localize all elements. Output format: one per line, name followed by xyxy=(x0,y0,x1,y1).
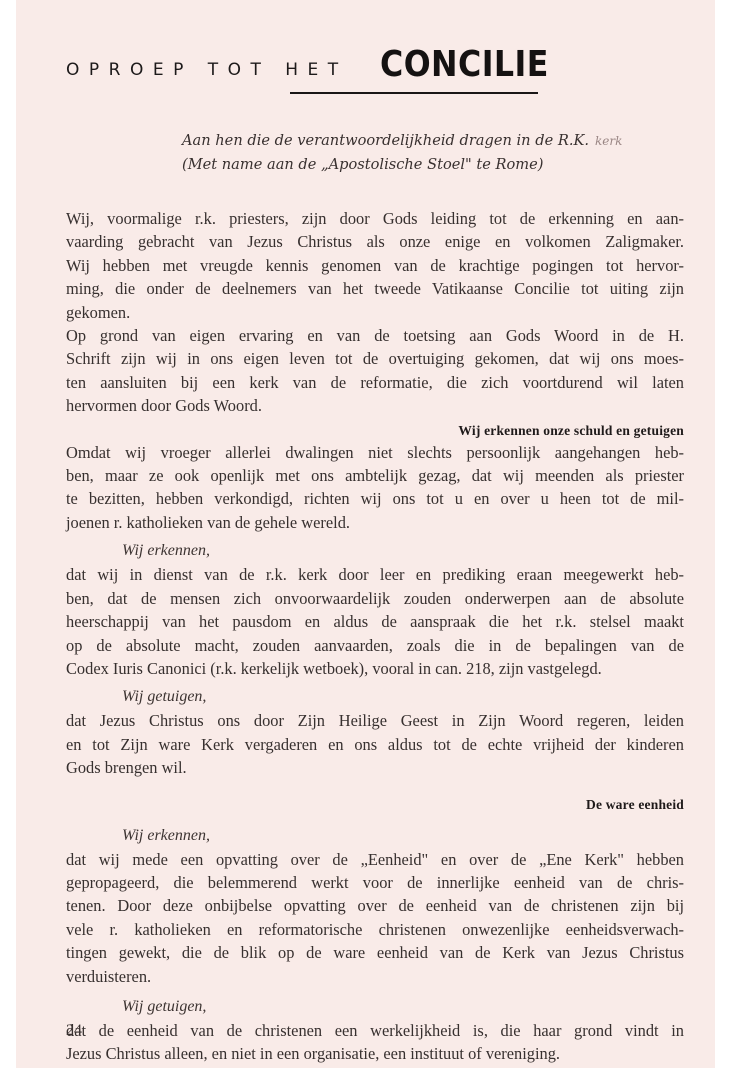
text-line: Schrift zijn wij in ons eigen leven tot … xyxy=(66,347,684,370)
text-line: Wij hebben met vreugde kennis genomen va… xyxy=(66,254,684,277)
address-faint-word: kerk xyxy=(595,134,622,148)
paragraph-5: dat Jezus Christus ons door Zijn Heilige… xyxy=(66,709,684,779)
text-line: gekomen. xyxy=(66,301,684,324)
text-line: hervormen door Gods Woord. xyxy=(66,394,684,417)
text-line: Op grond van eigen ervaring en van de to… xyxy=(66,324,684,347)
paragraph-6: dat wij mede een opvatting over de „Eenh… xyxy=(66,848,684,988)
text-line: ben, dat de mensen zich onvoorwaardelijk… xyxy=(66,587,684,610)
address-line-2: (Met name aan de „Apostolische Stoel" te… xyxy=(182,153,682,176)
text-line: ten aansluiten bij een kerk van de refor… xyxy=(66,371,684,394)
text-line: Gods brengen wil. xyxy=(66,756,684,779)
paragraph-3: Omdat wij vroeger allerlei dwalingen nie… xyxy=(66,441,684,535)
address-block: Aan hen die de verantwoordelijkheid drag… xyxy=(182,129,682,176)
section-heading-schuld: Wij erkennen onze schuld en getuigen xyxy=(66,420,684,441)
subhead-getuigen-1: Wij getuigen, xyxy=(66,684,684,709)
text-line: verduisteren. xyxy=(66,965,684,988)
address-line-1-text: Aan hen die de verantwoordelijkheid drag… xyxy=(182,132,589,149)
text-line: gepropageerd, die belemmerend werkt voor… xyxy=(66,871,684,894)
paragraph-7: dat de eenheid van de christenen een wer… xyxy=(66,1019,684,1066)
text-line: tingen gewekt, die de blik op de ware ee… xyxy=(66,941,684,964)
page-number: 24 xyxy=(66,1022,82,1040)
text-line: op de absolute macht, zouden aanvaarden,… xyxy=(66,634,684,657)
text-line: en tot Zijn ware Kerk vergaderen en ons … xyxy=(66,733,684,756)
text-line: te bezitten, hebben verkondigd, richten … xyxy=(66,487,684,510)
header-light-title: OPROEP TOT HET xyxy=(66,60,348,80)
text-line: ben, maar ze ook openlijk met ons ambtel… xyxy=(66,464,684,487)
text-line: Jezus Christus alleen, en niet in een or… xyxy=(66,1042,684,1065)
text-line: tenen. Door deze onbijbelse opvatting ov… xyxy=(66,894,684,917)
text-line: vele r. katholieken en reformatorische c… xyxy=(66,918,684,941)
text-line: dat wij mede een opvatting over de „Eenh… xyxy=(66,848,684,871)
article-header: OPROEP TOT HET CONCILIE xyxy=(66,40,566,94)
paragraph-1: Wij, voormalige r.k. priesters, zijn doo… xyxy=(66,207,684,324)
text-line: Codex Iuris Canonici (r.k. kerkelijk wet… xyxy=(66,657,684,680)
article-body: Wij, voormalige r.k. priesters, zijn doo… xyxy=(66,207,684,1066)
paragraph-2: Op grond van eigen ervaring en van de to… xyxy=(66,324,684,418)
text-line: dat wij in dienst van de r.k. kerk door … xyxy=(66,563,684,586)
text-line: dat Jezus Christus ons door Zijn Heilige… xyxy=(66,709,684,732)
subhead-getuigen-2: Wij getuigen, xyxy=(66,994,684,1019)
text-line: dat de eenheid van de christenen een wer… xyxy=(66,1019,684,1042)
subhead-erkennen-1: Wij erkennen, xyxy=(66,538,684,563)
paragraph-4: dat wij in dienst van de r.k. kerk door … xyxy=(66,563,684,680)
text-line: Omdat wij vroeger allerlei dwalingen nie… xyxy=(66,441,684,464)
text-line: ming, die onder de deelnemers van het tw… xyxy=(66,277,684,300)
header-bold-title: CONCILIE xyxy=(380,44,549,85)
header-underline xyxy=(290,92,538,94)
text-line: heerschappij van het pausdom en aldus de… xyxy=(66,610,684,633)
text-line: joenen r. katholieken van de gehele were… xyxy=(66,511,684,534)
section-heading-eenheid: De ware eenheid xyxy=(66,794,684,815)
address-line-1: Aan hen die de verantwoordelijkheid drag… xyxy=(182,129,682,153)
text-line: vaarding gebracht van Jezus Christus als… xyxy=(66,230,684,253)
text-line: Wij, voormalige r.k. priesters, zijn doo… xyxy=(66,207,684,230)
subhead-erkennen-2: Wij erkennen, xyxy=(66,823,684,848)
